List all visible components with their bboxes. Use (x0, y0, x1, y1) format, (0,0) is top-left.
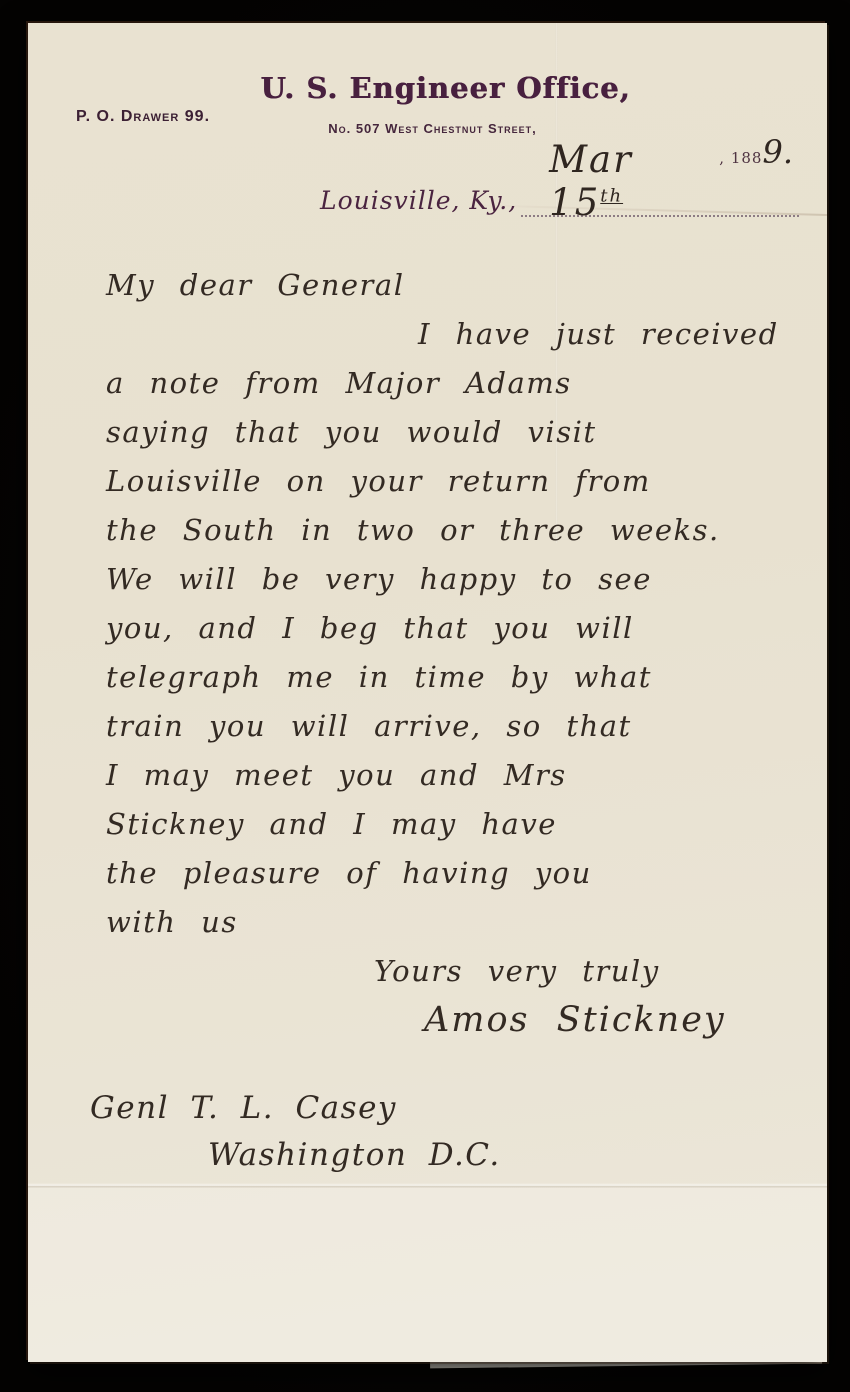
body-line: Louisville on your return from (106, 457, 811, 506)
closing-line: Yours very truly (106, 947, 811, 996)
date-ordinal: th (600, 186, 623, 207)
office-name-heading: U. S. Engineer Office, (46, 71, 845, 105)
letter-body: My dear General I have just received a n… (106, 261, 811, 1045)
city-state-label: Louisville, Ky., (320, 186, 517, 217)
salutation-line: My dear General (106, 261, 811, 310)
handwritten-year-digit: 9. (762, 133, 793, 171)
body-line: I may meet you and Mrs (106, 751, 811, 800)
body-line: train you will arrive, so that (106, 702, 811, 751)
body-line: Stickney and I may have (106, 800, 811, 849)
body-line: I have just received (106, 310, 811, 359)
handwritten-date: Mar 15th (549, 138, 719, 224)
date-dotted-rule: Mar 15th , 1889. (521, 129, 799, 217)
below-fold-shading (28, 1187, 827, 1362)
printed-year-label: , 188 (719, 149, 762, 167)
body-line: We will be very happy to see (106, 555, 811, 604)
recipient-address-line: Washington D.C. (90, 1132, 501, 1179)
body-line: saying that you would visit (106, 408, 811, 457)
body-line: with us (106, 898, 811, 947)
letter-page: P. O. Drawer 99. U. S. Engineer Office, … (28, 23, 827, 1362)
scan-background: P. O. Drawer 99. U. S. Engineer Office, … (0, 0, 850, 1392)
recipient-block: Genl T. L. Casey Washington D.C. (90, 1085, 501, 1179)
recipient-name-line: Genl T. L. Casey (90, 1085, 501, 1132)
body-line: a note from Major Adams (106, 359, 811, 408)
dateline: Louisville, Ky., Mar 15th , 1889. (320, 155, 799, 217)
body-line: telegraph me in time by what (106, 653, 811, 702)
body-line: the pleasure of having you (106, 849, 811, 898)
body-line: the South in two or three weeks. (106, 506, 811, 555)
signature: Amos Stickney (106, 996, 811, 1045)
year-group: , 1889. (719, 133, 793, 171)
body-line: you, and I beg that you will (106, 604, 811, 653)
